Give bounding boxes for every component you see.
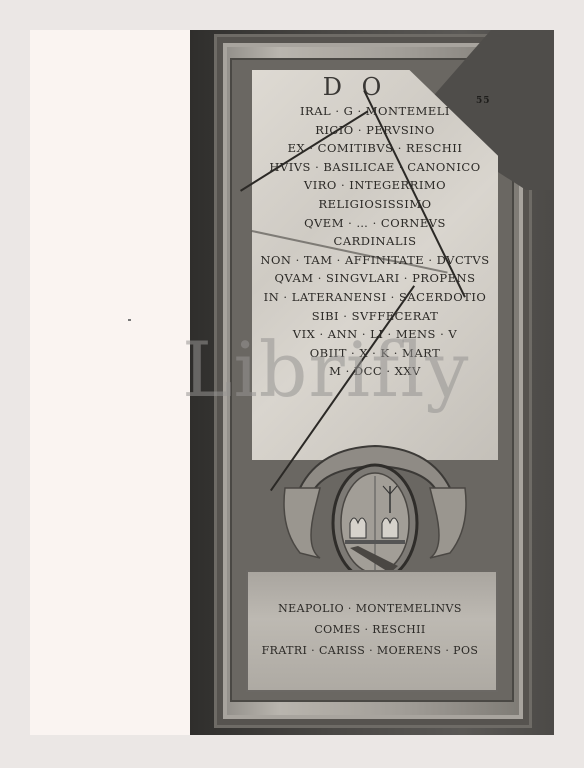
mount-paper-panel: [30, 30, 190, 735]
inscription-line: VIRO · INTEGERRIMO: [304, 176, 446, 195]
inscription-line: NON · TAM · AFFINITATE · DVCTVS: [260, 251, 489, 270]
inscription-line: IN · LATERANENSI · SACERDOTIO: [264, 288, 487, 307]
inscription-line: FRATRI · CARISS · MOERENS · POS: [262, 640, 479, 661]
inscription-line: COMES · RESCHII: [314, 619, 425, 640]
inscription-line: RELIGIOSISSIMO: [318, 195, 431, 214]
dust-speck: [128, 319, 131, 321]
inscription-line: D O: [323, 72, 388, 102]
inscription-line: RICIO · PERVSINO: [315, 121, 435, 140]
inscription-line: OBIIT · X · K · MART: [310, 344, 441, 363]
inscription-lower: NEAPOLIO · MONTEMELINVS COMES · RESCHII …: [246, 598, 494, 661]
inscription-line: NEAPOLIO · MONTEMELINVS: [278, 598, 462, 619]
inscription-upper: D O IRAL · G · MONTEMELI RICIO · PERVSIN…: [252, 72, 498, 462]
inscription-line: EX · COMITIBVS · RESCHII: [288, 139, 463, 158]
inscription-line: CARDINALIS: [334, 232, 417, 251]
inscription-line: HVIVS · BASILICAE · CANONICO: [269, 158, 480, 177]
catalog-number: 55: [476, 96, 491, 106]
photograph: D O IRAL · G · MONTEMELI RICIO · PERVSIN…: [190, 30, 554, 735]
inscription-line: SIBI · SVFFECERAT: [312, 307, 439, 326]
inscription-line: M · DCC · XXV: [329, 362, 421, 381]
